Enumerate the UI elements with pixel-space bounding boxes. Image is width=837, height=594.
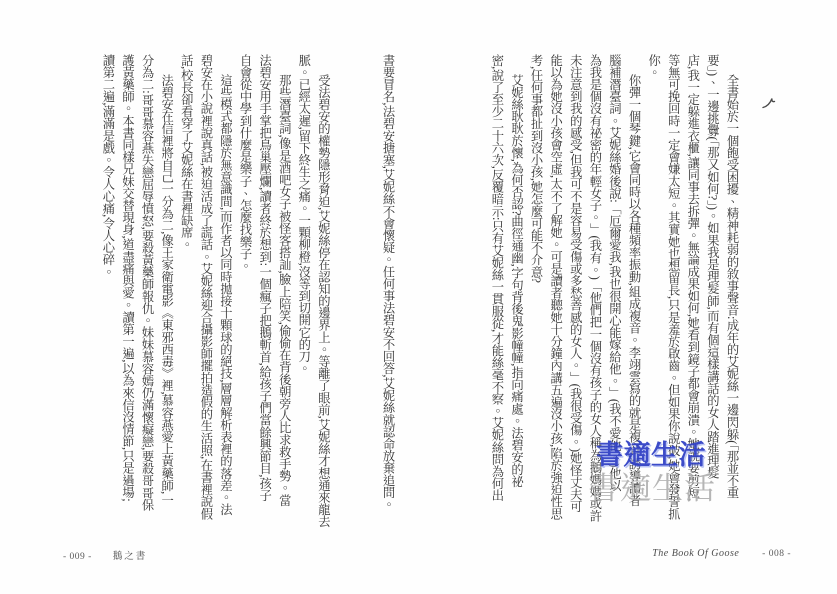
text-column: 話,校長卻看穿了艾妮絲在書裡缺席。 [176,54,196,548]
text-column: 護黃藥師。本書同樣兄妹交替現身,道盡痛與愛。讀第一遍,以為來信沒情節,只是過場; [117,54,137,548]
text-column: 法碧安用手掌把鳥巢壓爛,讀者終於想到:一個瘋子把鵝斬首,給孩子們當餘興節目,孩子 [254,54,274,548]
text-column: 讀第二遍,滿滿是戲。令人心痛,令人心碎。 [97,54,117,548]
text-column: 考,任何事都扯到沒小孩,她怎麼可能不介意? [525,54,545,548]
text-column: 碧安在小說裡說真話,被迫活成了謊話。艾妮絲迎合攝影師擺拍造假的生活照,在書裡說假 [195,54,215,548]
page-number-right: - 008 - [762,549,791,559]
book-title-chinese: 鵝之書 [113,552,148,562]
page-number-left: - 009 - [63,552,92,562]
book-title-english: The Book Of Goose [652,548,739,559]
watermark-gray: 書適生活 [588,463,716,508]
footer-left: - 009 - 鵝之書 [63,548,147,562]
footer-right: The Book Of Goose - 008 - [652,548,791,559]
pen-flick-icon [761,94,778,111]
text-column: 脈。已經太遲,留下終生之痛。一顆柳橙,沒等到切開它的刀。 [293,54,313,548]
book-spread: 書要冒名,法碧安搪塞,艾妮絲不會懷疑。任何事法碧安不回答,艾妮絲就認命放棄追問。… [0,0,837,594]
page-left-text: 書要冒名,法碧安搪塞,艾妮絲不會懷疑。任何事法碧安不回答,艾妮絲就認命放棄追問。… [97,54,397,568]
text-column: 分為二:哥哥慕容燕失戀屈辱憤怒,要殺黃藥師報仇。妹妹慕容嫣仍滿懷癡戀,要殺哥哥保 [136,54,156,548]
text-column: 全書始於一個飽受困擾、精神耗弱的敘事聲音:成年的艾妮絲一邊閃躲(「那並不重 [721,54,741,568]
text-column: 自會從中學到什麼是樂子、怎麼找樂子。 [234,54,254,548]
text-column: 法碧安在信裡將自己一分為二,像王家衛電影《東邪西毒》裡,慕容燕愛上黃藥師,一 [156,54,176,568]
text-column: 未注意到我的感受,但我可不是容易受傷或多愁善感的女人。」(我很受傷。)她怪丈夫可 [565,54,585,548]
text-column: 那些潛臺詞,像是酒吧女子被怪客搭訕,臉上陪笑,偷偷在背後朝旁人比求救手勢。當 [274,54,294,568]
text-column: 書要冒名,法碧安搪塞,艾妮絲不會懷疑。任何事法碧安不回答,艾妮絲就認命放棄追問。 [377,54,397,548]
text-column: 艾妮絲耿耿於懷,為何否認?曲徑通幽,字句背後鬼影幢幢,指向痛處。法碧安的祕 [506,54,526,568]
text-column: 受法碧安的權勢隱形脅迫,艾妮絲停在認知的邊界上。等離了眼前,艾妮絲才想通來龍去 [313,54,333,568]
text-column: 密,說了至少二十六次,反覆暗示:只有艾妮絲一貫服從,才能絲毫不察。艾妮絲問為何出 [486,54,506,548]
text-column: 能以為她沒小孩會空虛,太不了解她。可是讀者聽她十分鐘內講五遍沒小孩,陷於強迫性思 [545,54,565,548]
text-column: 這些模式都隱於無意識間,而作者以同時拋接十顆球的絕技,層層解析表裡的落差。法 [215,54,235,568]
